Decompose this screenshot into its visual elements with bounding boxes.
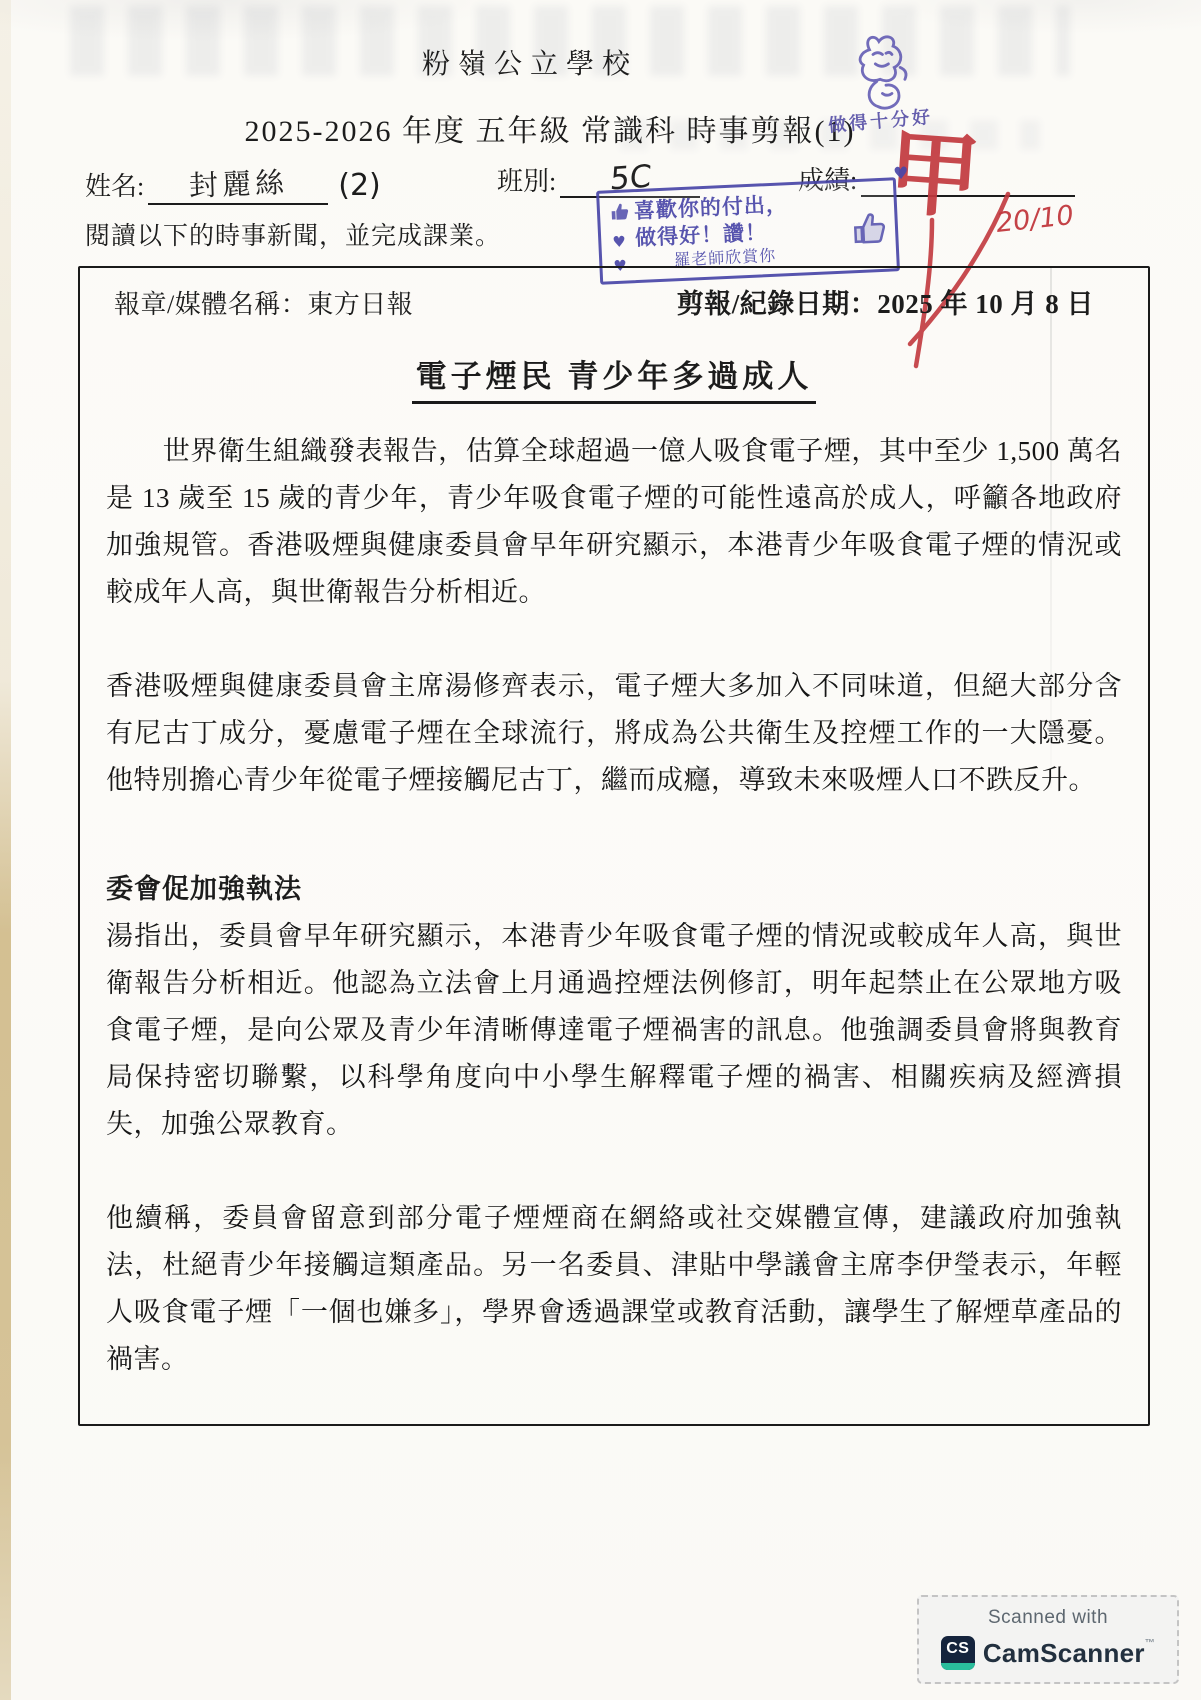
heart-icon: ♥ bbox=[893, 164, 909, 185]
trademark-symbol: ™ bbox=[1145, 1638, 1155, 1649]
article-paragraph-3: 湯指出，委員會早年研究顯示，本港青少年吸食電子煙的情況或較成年人高，與世衛報告分… bbox=[106, 913, 1122, 1148]
article-paragraph-4: 他續稱，委員會留意到部分電子煙煙商在網絡或社交媒體宣傳，建議政府加強執法，杜絕青… bbox=[106, 1195, 1122, 1383]
clipping-date: 剪報/紀錄日期：2025 年 10 月 8 日 bbox=[677, 282, 1094, 321]
article-title: 電子煙民 青少年多過成人 bbox=[412, 351, 817, 404]
class-label: 班別: bbox=[497, 167, 556, 196]
clipping-meta-row: 報章/媒體名稱：東方日報 剪報/紀錄日期：2025 年 10 月 8 日 bbox=[114, 282, 1122, 321]
name-number: (2) bbox=[338, 168, 381, 203]
camscanner-logo-bar bbox=[941, 1663, 975, 1670]
source-label: 報章/媒體名稱： bbox=[114, 290, 307, 319]
article-section-heading: 委會促加強執法 bbox=[106, 866, 1122, 913]
name-label: 姓名: bbox=[85, 172, 144, 201]
article-paragraph-1: 世界衛生組織發表報告，估算全球超過一億人吸食電子煙，其中至少 1,500 萬名是… bbox=[106, 428, 1122, 616]
score-value: 20/10 bbox=[995, 200, 1076, 239]
camscanner-brand-label: CamScanner bbox=[983, 1638, 1145, 1668]
scanned-worksheet-page: 粉嶺公立學校 2025-2026 年度 五年級 常識科 時事剪報(1) 做得十分… bbox=[0, 0, 1201, 1700]
cartoon-cat-stamp-icon bbox=[850, 32, 922, 110]
camscanner-brand-row: CS CamScanner™ bbox=[929, 1636, 1167, 1670]
article-paragraph-2: 香港吸煙與健康委員會主席湯修齊表示，電子煙大多加入不同味道，但絕大部分含有尼古丁… bbox=[106, 663, 1122, 804]
date-value: 2025 年 10 月 8 日 bbox=[877, 289, 1094, 319]
date-label: 剪報/紀錄日期： bbox=[677, 289, 878, 319]
name-field: 姓名: 封麗絲 (2) bbox=[85, 160, 381, 203]
thumbs-up-icon bbox=[848, 207, 888, 255]
newspaper-source: 報章/媒體名稱：東方日報 bbox=[114, 284, 413, 321]
article-title-row: 電子煙民 青少年多過成人 bbox=[106, 351, 1122, 404]
camscanner-brand-text: CamScanner™ bbox=[983, 1638, 1155, 1669]
scanned-with-text: Scanned with bbox=[929, 1607, 1167, 1629]
name-handwritten-value: 封麗絲 bbox=[188, 160, 288, 204]
heart-icon: ♥ bbox=[612, 233, 626, 252]
scan-edge-artifact bbox=[0, 0, 11, 1700]
source-value: 東方日報 bbox=[307, 290, 413, 319]
camscanner-watermark: Scanned with CS CamScanner™ bbox=[917, 1595, 1179, 1684]
news-clipping-box: 報章/媒體名稱：東方日報 剪報/紀錄日期：2025 年 10 月 8 日 電子煙… bbox=[78, 266, 1150, 1426]
camscanner-logo-text: CS bbox=[946, 1640, 969, 1658]
name-underline: 封麗絲 bbox=[148, 162, 328, 205]
instruction-text: 閱讀以下的時事新聞，並完成課業。 bbox=[85, 216, 501, 252]
camscanner-logo-icon: CS bbox=[941, 1636, 975, 1670]
thumbs-up-icon bbox=[608, 200, 631, 227]
